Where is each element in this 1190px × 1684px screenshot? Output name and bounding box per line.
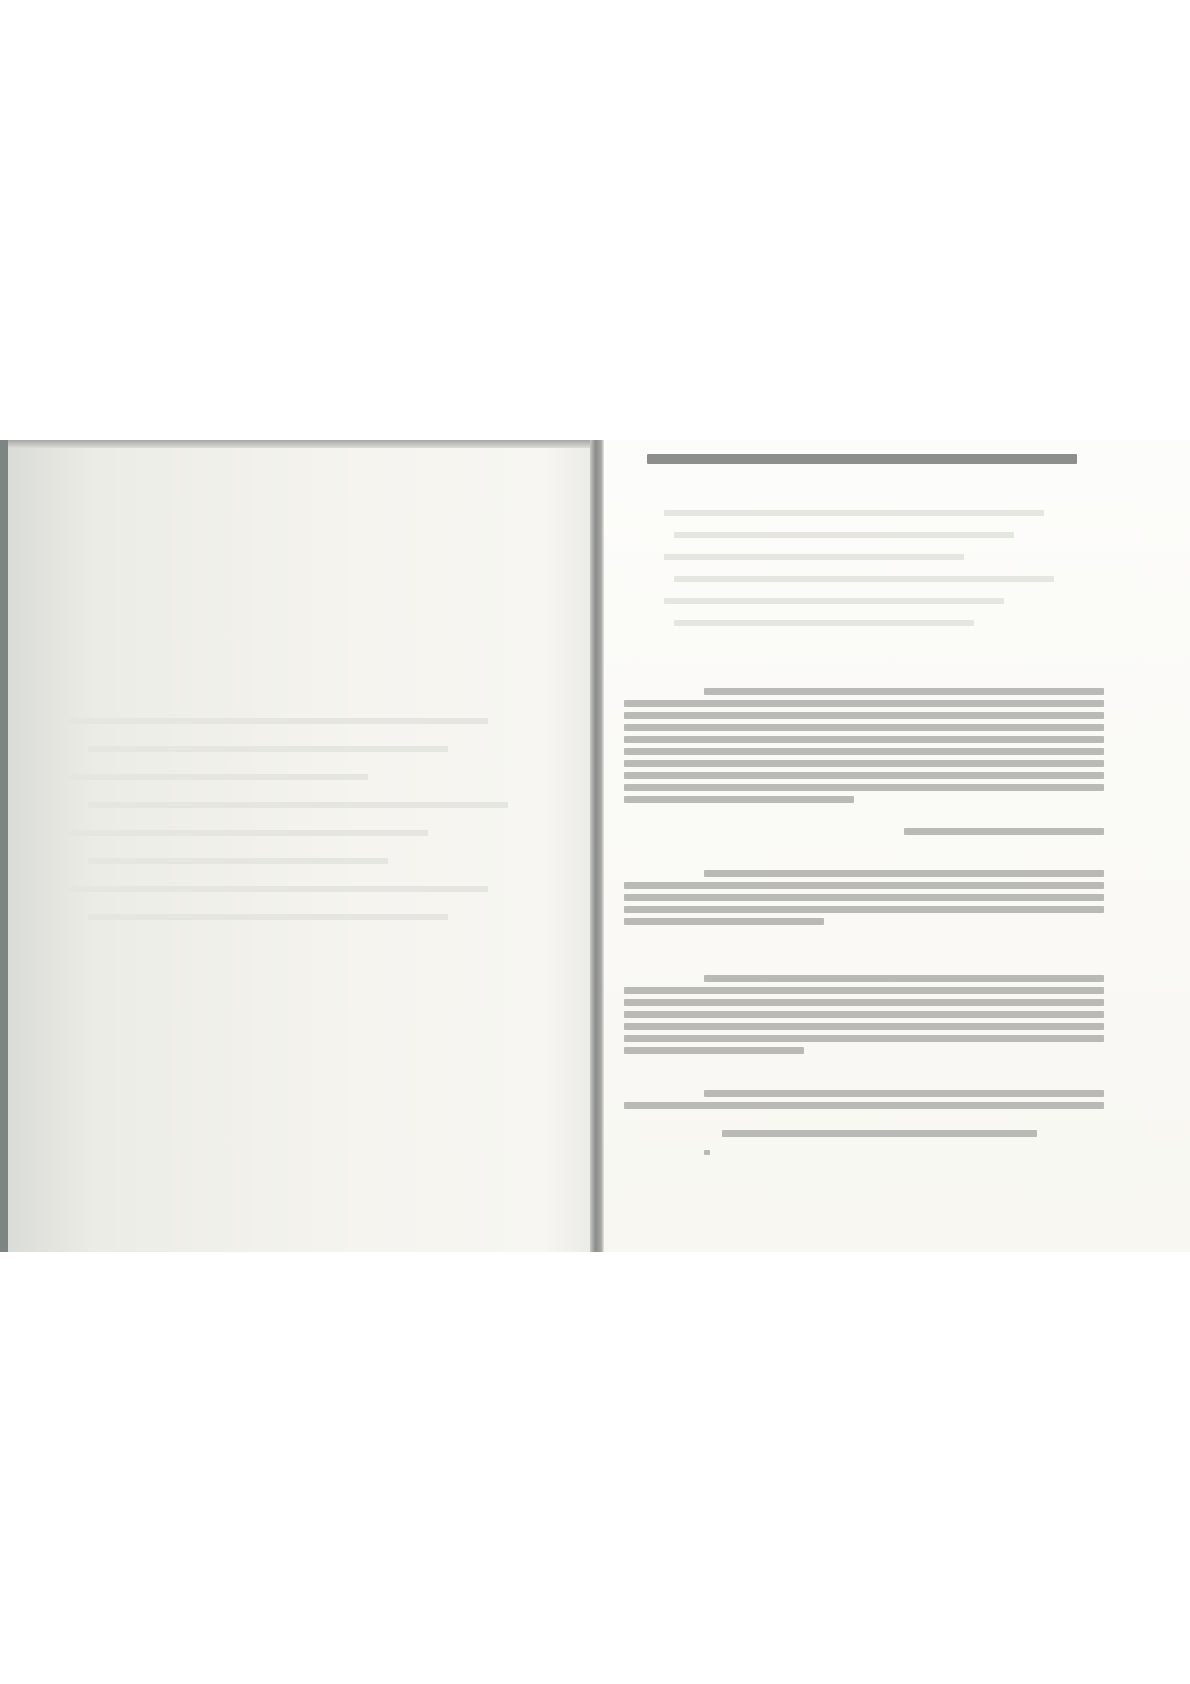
paragraph-line bbox=[624, 882, 1104, 889]
paragraph-line bbox=[624, 1047, 804, 1054]
book-spread bbox=[0, 440, 1190, 1252]
paragraph-line bbox=[624, 999, 1104, 1006]
paragraph-line bbox=[704, 870, 1104, 877]
paragraph-line bbox=[624, 724, 1104, 731]
faint-text-line bbox=[674, 576, 1054, 582]
paragraph-line bbox=[624, 712, 1104, 719]
paragraph-line bbox=[624, 1023, 1104, 1030]
bleed-through-line bbox=[68, 718, 488, 724]
paragraph-line bbox=[704, 1090, 1104, 1097]
paragraph-line bbox=[624, 894, 1104, 901]
bleed-through-line bbox=[68, 886, 488, 892]
paragraph-line bbox=[624, 760, 1104, 767]
left-page bbox=[8, 448, 590, 1252]
paragraph-line bbox=[624, 736, 1104, 743]
paragraph-line bbox=[624, 784, 1104, 791]
attribution-line bbox=[904, 828, 1104, 835]
faint-text-line bbox=[674, 532, 1014, 538]
right-page bbox=[604, 440, 1190, 1252]
bleed-through-line bbox=[88, 858, 388, 864]
page-top-shadow bbox=[8, 440, 600, 448]
bleed-through-line bbox=[68, 830, 428, 836]
paragraph-line bbox=[624, 796, 854, 803]
faint-text-line bbox=[664, 510, 1044, 516]
paragraph-line bbox=[624, 1035, 1104, 1042]
bleed-through-line bbox=[68, 774, 368, 780]
book-edge bbox=[0, 440, 8, 1252]
faint-text-line bbox=[664, 554, 964, 560]
bleed-through-line bbox=[88, 802, 508, 808]
faint-text-line bbox=[664, 598, 1004, 604]
page-number bbox=[704, 1150, 710, 1155]
paragraph-line bbox=[704, 975, 1104, 982]
book-gutter bbox=[590, 440, 604, 1252]
paragraph-line bbox=[624, 1102, 1104, 1109]
paragraph-line bbox=[624, 906, 1104, 913]
paragraph-line bbox=[624, 748, 1104, 755]
faint-text-line bbox=[674, 620, 974, 626]
paragraph-line bbox=[704, 688, 1104, 695]
bleed-through-line bbox=[88, 746, 448, 752]
paragraph-line bbox=[624, 987, 1104, 994]
paragraph-line bbox=[624, 918, 824, 925]
paragraph-line bbox=[624, 700, 1104, 707]
article-title bbox=[647, 454, 1077, 464]
footer-line bbox=[722, 1130, 1037, 1137]
paragraph-line bbox=[624, 1011, 1104, 1018]
paragraph-line bbox=[624, 772, 1104, 779]
bleed-through-line bbox=[88, 914, 448, 920]
